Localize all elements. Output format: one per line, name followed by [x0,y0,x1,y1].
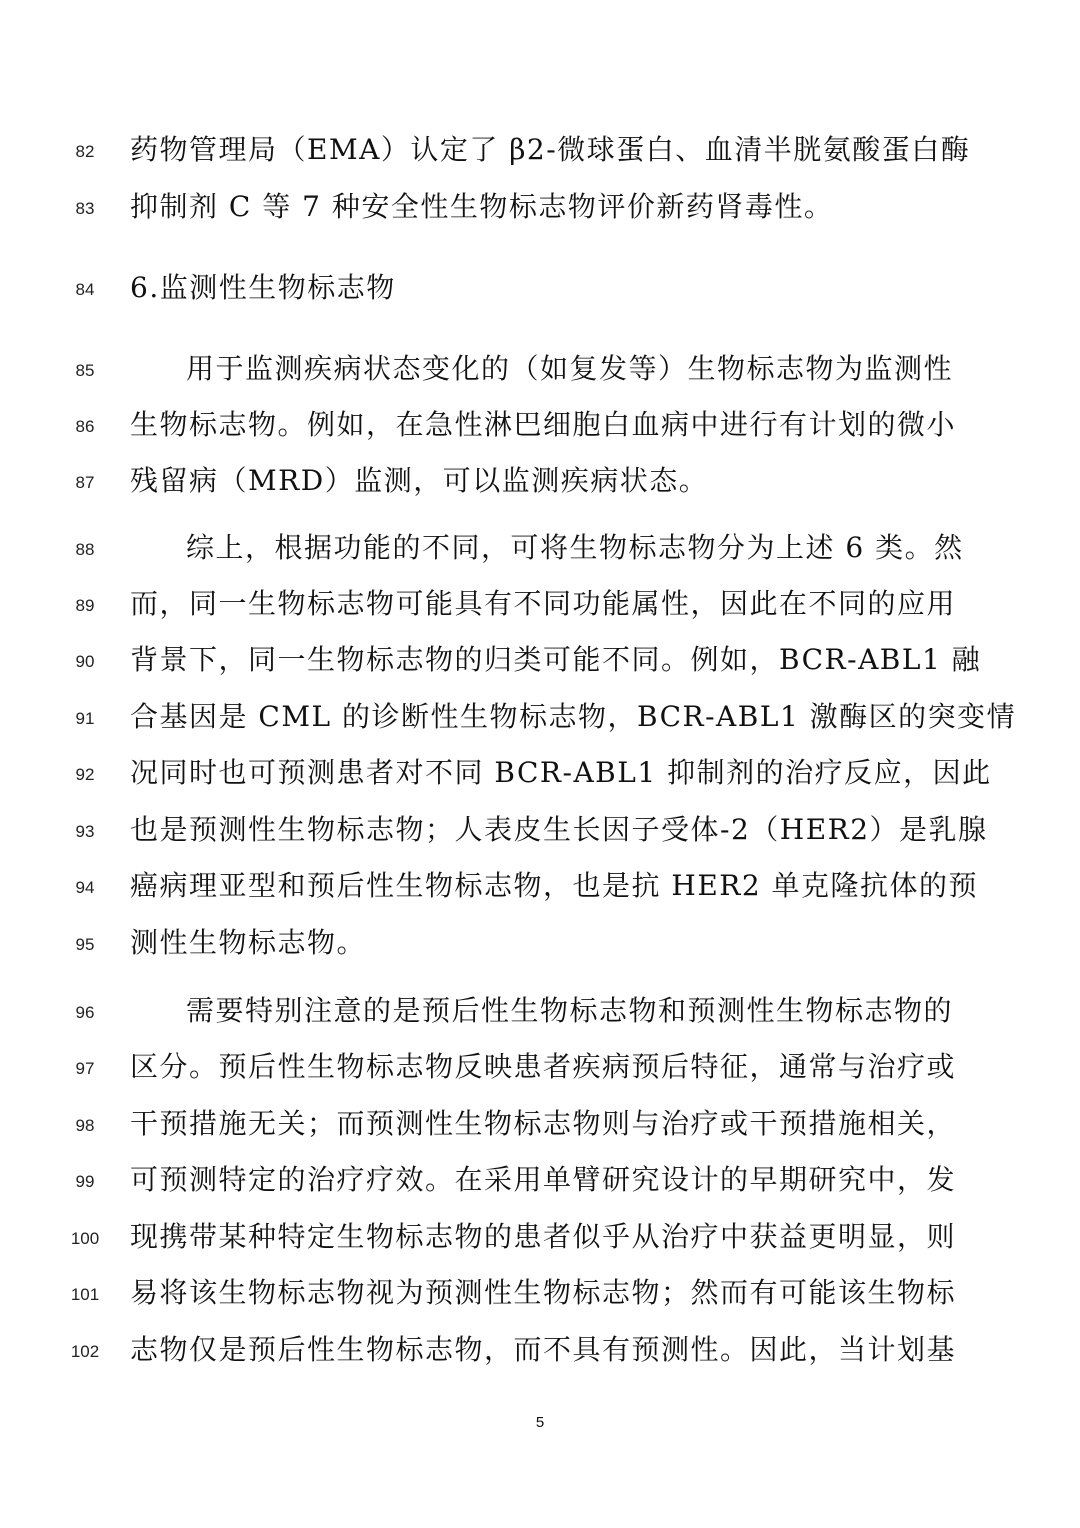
document-line: 91合基因是 CML 的诊断性生物标志物，BCR-ABL1 激酶区的突变情 [0,697,1080,737]
line-number: 91 [60,709,110,729]
document-line: 99可预测特定的治疗疗效。在采用单臂研究设计的早期研究中，发 [0,1160,1080,1200]
line-text: 综上，根据功能的不同，可将生物标志物分为上述 6 类。然 [186,528,952,568]
line-number: 99 [60,1172,110,1192]
line-text: 背景下，同一生物标志物的归类可能不同。例如，BCR-ABL1 融 [130,640,952,680]
document-line: 90背景下，同一生物标志物的归类可能不同。例如，BCR-ABL1 融 [0,640,1080,680]
line-text: 而，同一生物标志物可能具有不同功能属性，因此在不同的应用 [130,584,952,624]
line-text: 残留病（MRD）监测，可以监测疾病状态。 [130,461,952,501]
document-line: 89而，同一生物标志物可能具有不同功能属性，因此在不同的应用 [0,584,1080,624]
line-number: 87 [60,473,110,493]
line-number: 98 [60,1116,110,1136]
document-line: 101易将该生物标志物视为预测性生物标志物；然而有可能该生物标 [0,1273,1080,1313]
document-line: 96需要特别注意的是预后性生物标志物和预测性生物标志物的 [0,991,1080,1031]
document-line: 85用于监测疾病状态变化的（如复发等）生物标志物为监测性 [0,349,1080,389]
document-line: 95测性生物标志物。 [0,923,1080,963]
line-number: 86 [60,417,110,437]
line-number: 97 [60,1059,110,1079]
line-text: 现携带某种特定生物标志物的患者似乎从治疗中获益更明显，则 [130,1217,952,1257]
document-line: 846.监测性生物标志物 [0,268,1080,308]
line-number: 93 [60,822,110,842]
document-line: 88综上，根据功能的不同，可将生物标志物分为上述 6 类。然 [0,528,1080,568]
line-text: 测性生物标志物。 [130,923,952,963]
line-text: 况同时也可预测患者对不同 BCR-ABL1 抑制剂的治疗反应，因此 [130,753,952,793]
document-line: 102志物仅是预后性生物标志物，而不具有预测性。因此，当计划基 [0,1330,1080,1370]
document-line: 93也是预测性生物标志物；人表皮生长因子受体-2（HER2）是乳腺 [0,810,1080,850]
document-line: 92况同时也可预测患者对不同 BCR-ABL1 抑制剂的治疗反应，因此 [0,753,1080,793]
line-text: 干预措施无关；而预测性生物标志物则与治疗或干预措施相关， [130,1104,952,1144]
line-text: 合基因是 CML 的诊断性生物标志物，BCR-ABL1 激酶区的突变情 [130,697,952,737]
document-line: 98干预措施无关；而预测性生物标志物则与治疗或干预措施相关， [0,1104,1080,1144]
line-text: 可预测特定的治疗疗效。在采用单臂研究设计的早期研究中，发 [130,1160,952,1200]
document-line: 100现携带某种特定生物标志物的患者似乎从治疗中获益更明显，则 [0,1217,1080,1257]
document-line: 83抑制剂 C 等 7 种安全性生物标志物评价新药肾毒性。 [0,187,1080,227]
document-line: 82药物管理局（EMA）认定了 β2-微球蛋白、血清半胱氨酸蛋白酶 [0,130,1080,170]
line-number: 88 [60,540,110,560]
page-number: 5 [0,1414,1080,1431]
document-line: 87残留病（MRD）监测，可以监测疾病状态。 [0,461,1080,501]
document-line: 86生物标志物。例如，在急性淋巴细胞白血病中进行有计划的微小 [0,405,1080,445]
line-number: 89 [60,596,110,616]
line-number: 101 [60,1285,110,1305]
line-text: 生物标志物。例如，在急性淋巴细胞白血病中进行有计划的微小 [130,405,952,445]
line-text: 易将该生物标志物视为预测性生物标志物；然而有可能该生物标 [130,1273,952,1313]
document-page: 82药物管理局（EMA）认定了 β2-微球蛋白、血清半胱氨酸蛋白酶83抑制剂 C… [0,0,1080,1528]
line-number: 96 [60,1003,110,1023]
line-number: 85 [60,361,110,381]
line-number: 102 [60,1342,110,1362]
document-line: 94癌病理亚型和预后性生物标志物，也是抗 HER2 单克隆抗体的预 [0,866,1080,906]
line-text: 6.监测性生物标志物 [130,268,952,308]
line-number: 84 [60,280,110,300]
line-text: 药物管理局（EMA）认定了 β2-微球蛋白、血清半胱氨酸蛋白酶 [130,130,952,170]
line-text: 需要特别注意的是预后性生物标志物和预测性生物标志物的 [186,991,952,1031]
line-text: 抑制剂 C 等 7 种安全性生物标志物评价新药肾毒性。 [130,187,952,227]
line-number: 94 [60,878,110,898]
line-text: 用于监测疾病状态变化的（如复发等）生物标志物为监测性 [186,349,952,389]
line-number: 100 [60,1229,110,1249]
document-line: 97区分。预后性生物标志物反映患者疾病预后特征，通常与治疗或 [0,1047,1080,1087]
line-number: 92 [60,765,110,785]
line-text: 区分。预后性生物标志物反映患者疾病预后特征，通常与治疗或 [130,1047,952,1087]
line-number: 83 [60,199,110,219]
line-number: 82 [60,142,110,162]
line-text: 癌病理亚型和预后性生物标志物，也是抗 HER2 单克隆抗体的预 [130,866,952,906]
line-text: 志物仅是预后性生物标志物，而不具有预测性。因此，当计划基 [130,1330,952,1370]
line-text: 也是预测性生物标志物；人表皮生长因子受体-2（HER2）是乳腺 [130,810,952,850]
line-number: 90 [60,652,110,672]
line-number: 95 [60,935,110,955]
